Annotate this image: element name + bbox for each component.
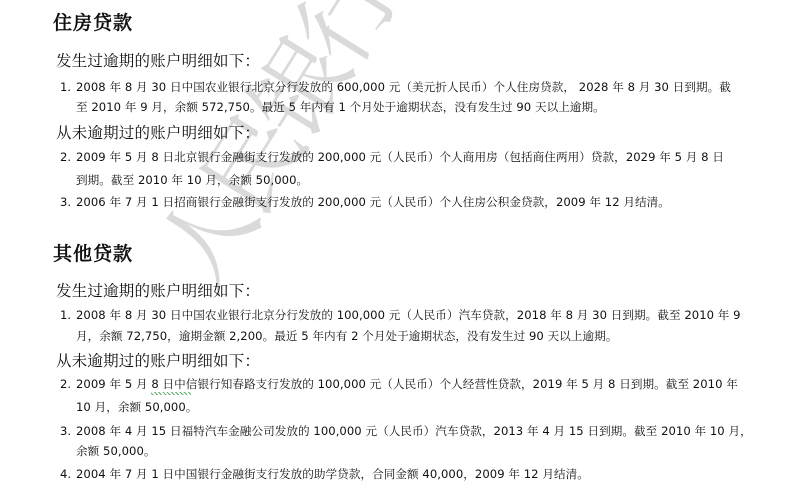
- item-line: 2006 年 7 月 1 日招商银行金融街支行发放的 200,000 元（人民币…: [76, 197, 670, 209]
- spellcheck-underline: [151, 392, 191, 395]
- item-line: 2009 年 5 月 8 日中信银行知春路支行发放的 100,000 元（人民币…: [76, 379, 738, 391]
- item-number: 4.: [60, 469, 71, 481]
- item-line: 到期。截至 2010 年 10 月，余额 50,000。: [76, 175, 308, 187]
- item-line: 10 月，余额 50,000。: [76, 402, 197, 414]
- item-line: 余额 50,000。: [76, 446, 156, 458]
- item-line: 2009 年 5 月 8 日北京银行金融街支行发放的 200,000 元（人民币…: [76, 152, 724, 164]
- section-title-other-loans: 其他贷款: [53, 245, 133, 264]
- item-number: 1.: [60, 82, 71, 94]
- group-label-overdue: 发生过逾期的账户明细如下：: [56, 284, 260, 300]
- item-line: 月，余额 72,750，逾期金额 2,200。最近 5 年内有 2 个月处于逾期…: [76, 331, 617, 343]
- section-title-housing-loans: 住房贷款: [53, 14, 133, 33]
- item-line: 2008 年 8 月 30 日中国农业银行北京分行发放的 600,000 元（美…: [76, 82, 731, 94]
- item-number: 3.: [60, 426, 71, 438]
- group-label-never-overdue: 从未逾期过的账户明细如下：: [56, 126, 260, 142]
- item-number: 3.: [60, 197, 71, 209]
- group-label-never-overdue: 从未逾期过的账户明细如下：: [56, 354, 260, 370]
- item-number: 2.: [60, 379, 71, 391]
- item-line: 2008 年 8 月 30 日中国农业银行北京分行发放的 100,000 元（人…: [76, 310, 741, 322]
- item-number: 1.: [60, 310, 71, 322]
- item-line: 至 2010 年 9 月，余额 572,750。最近 5 年内有 1 个月处于逾…: [76, 102, 605, 114]
- credit-report-document: 住房贷款 发生过逾期的账户明细如下： 1. 2008 年 8 月 30 日中国农…: [0, 0, 791, 498]
- item-line: 2008 年 4 月 15 日福特汽车金融公司发放的 100,000 元（人民币…: [76, 426, 752, 438]
- item-line: 2004 年 7 月 1 日中国银行金融街支行发放的助学贷款，合同金额 40,0…: [76, 469, 589, 481]
- group-label-overdue: 发生过逾期的账户明细如下：: [56, 54, 260, 70]
- item-number: 2.: [60, 152, 71, 164]
